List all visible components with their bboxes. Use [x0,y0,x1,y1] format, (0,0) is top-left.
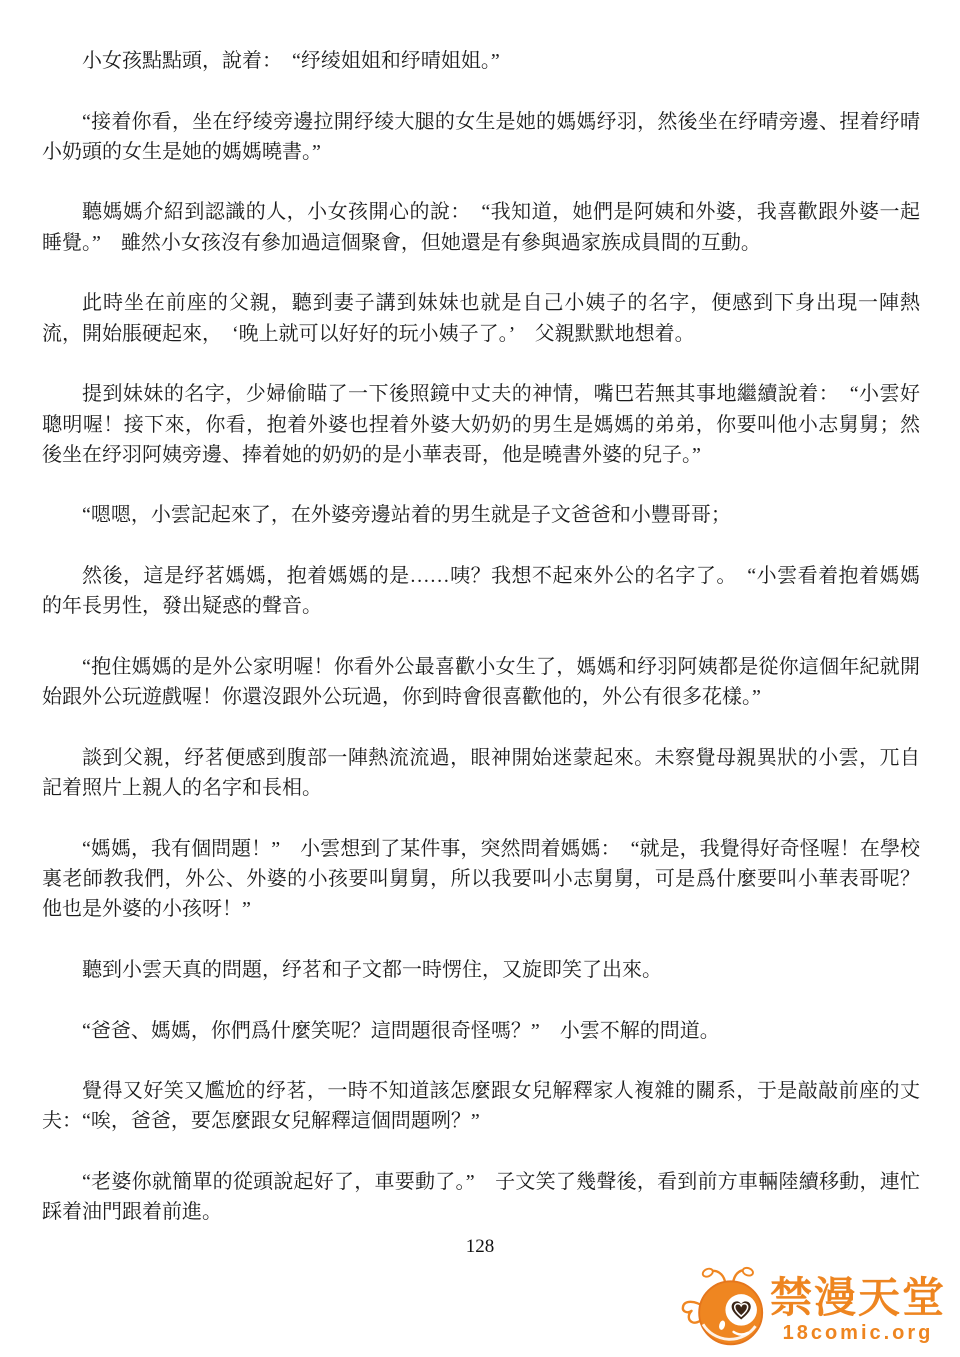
watermark-site-name: 禁漫天堂 [770,1276,946,1320]
paragraph: 覺得又好笑又尷尬的纾茗，一時不知道該怎麼跟女兒解釋家人複雜的關系，于是敲敲前座的… [42,1076,920,1137]
paragraph: “爸爸、媽媽，你們爲什麼笑呢？這問題很奇怪嗎？” 小雲不解的問道。 [42,1016,920,1046]
paragraph: 然後，這是纾茗媽媽，抱着媽媽的是……咦？我想不起來外公的名字了。 “小雲看着抱着… [42,561,920,622]
watermark-text: 禁漫天堂 18comic.org [770,1276,946,1344]
paragraph: 此時坐在前座的父親，聽到妻子講到妹妹也就是自己小姨子的名字，便感到下身出現一陣熱… [42,288,920,349]
paragraph: 小女孩點點頭，說着： “纾绫姐姐和纾晴姐姐。” [42,46,920,76]
paragraph: “抱住媽媽的是外公家明喔！你看外公最喜歡小女生了，媽媽和纾羽阿姨都是從你這個年紀… [42,652,920,713]
novel-page: 小女孩點點頭，說着： “纾绫姐姐和纾晴姐姐。” “接着你看，坐在纾绫旁邊拉開纾绫… [0,0,960,1357]
paragraph: “媽媽，我有個問題！” 小雲想到了某件事，突然問着媽媽： “就是，我覺得好奇怪喔… [42,834,920,925]
page-number: 128 [0,1236,960,1258]
paragraph: “嗯嗯，小雲記起來了，在外婆旁邊站着的男生就是子文爸爸和小豐哥哥； [42,500,920,530]
paragraph: “老婆你就簡單的從頭說起好了，車要動了。” 子文笑了幾聲後，看到前方車輛陸續移動… [42,1167,920,1228]
body-text: 小女孩點點頭，說着： “纾绫姐姐和纾晴姐姐。” “接着你看，坐在纾绫旁邊拉開纾绫… [42,46,920,1258]
watermark-site-url: 18comic.org [783,1322,934,1345]
paragraph: 聽到小雲天真的問題，纾茗和子文都一時愣住，又旋即笑了出來。 [42,955,920,985]
site-watermark: 禁漫天堂 18comic.org [680,1266,946,1355]
whale-mascot-icon [680,1266,768,1355]
paragraph: 聽媽媽介紹到認識的人，小女孩開心的說： “我知道，她們是阿姨和外婆，我喜歡跟外婆… [42,197,920,258]
paragraph: 提到妹妹的名字，少婦偷瞄了一下後照鏡中丈夫的神情，嘴巴若無其事地繼續說着： “小… [42,379,920,470]
paragraph: “接着你看，坐在纾绫旁邊拉開纾绫大腿的女生是她的媽媽纾羽，然後坐在纾晴旁邊、捏着… [42,107,920,168]
paragraph: 談到父親，纾茗便感到腹部一陣熱流流過，眼神開始迷蒙起來。未察覺母親異狀的小雲，兀… [42,743,920,804]
